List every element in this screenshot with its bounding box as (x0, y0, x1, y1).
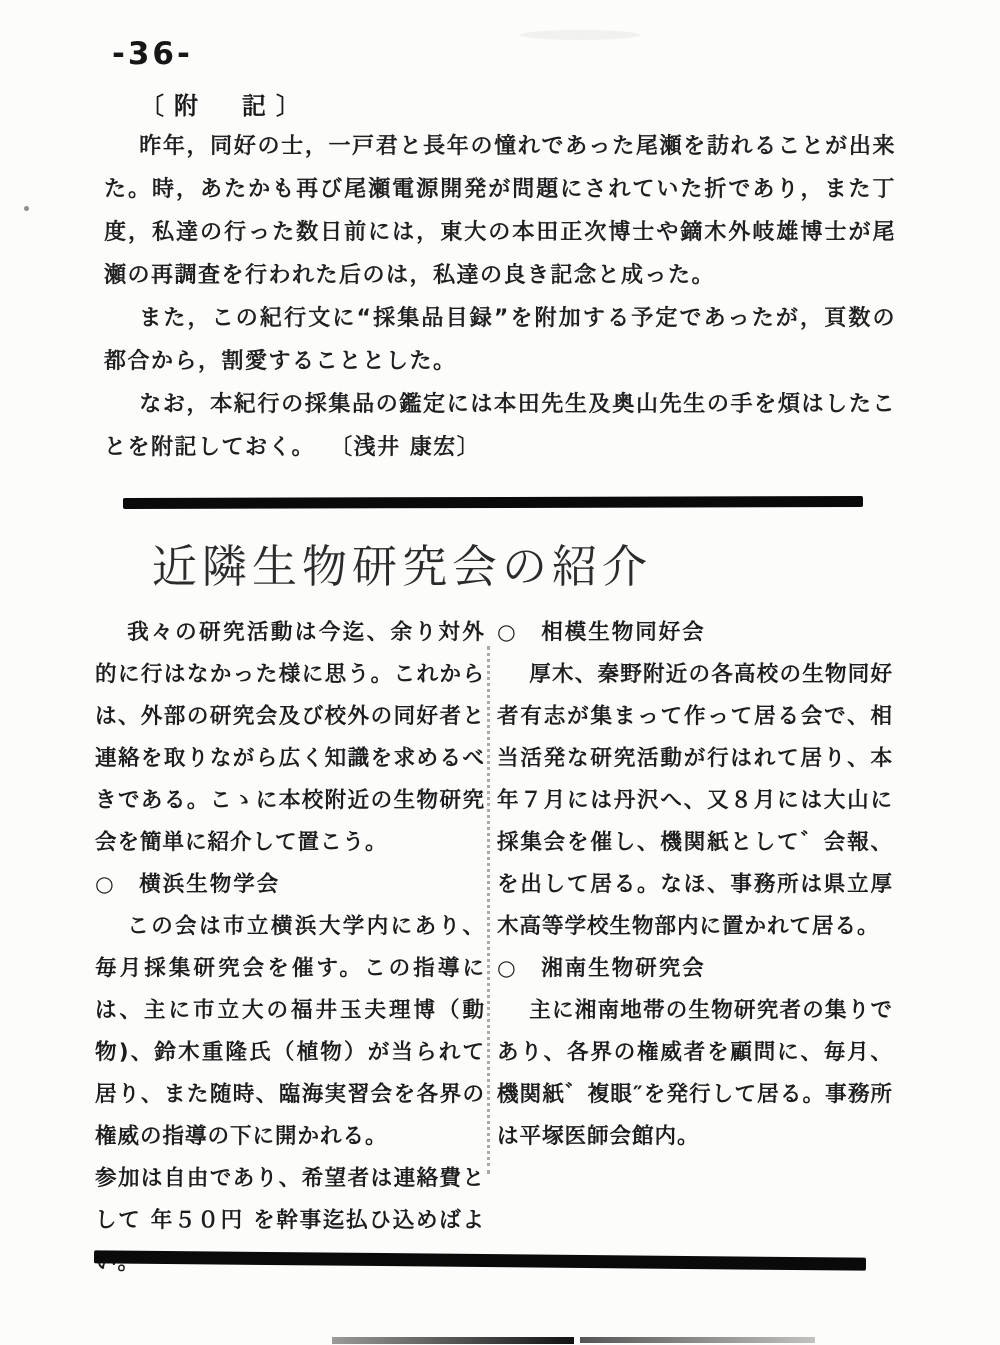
section-heading-yokohama: ○ 横浜生物学会 (95, 864, 485, 906)
intro-paragraph: 我々の研究活動は今迄、余り対外的に行はなかった様に思う。これからは、外部の研究会… (95, 612, 485, 864)
appendix-paragraph: なお，本紀行の採集品の鑑定には本田先生及奥山先生の手を煩はしたことを附記しておく… (104, 383, 896, 469)
section-divider-rule (123, 496, 863, 509)
body-paragraph: この会は市立横浜大学内にあり、毎月採集研究会を催す。この指導には、主に市立大の福… (95, 906, 485, 1158)
scan-smudge (520, 30, 640, 40)
left-column: 我々の研究活動は今迄、余り対外的に行はなかった様に思う。これからは、外部の研究会… (95, 612, 485, 1284)
section-heading-sagami: ○ 相模生物同好会 (497, 612, 893, 654)
section-heading-shonan: ○ 湘南生物研究会 (497, 948, 893, 990)
appendix-paragraph: また，この紀行文に“採集品目録”を附加する予定であったが，頁数の都合から，割愛す… (104, 297, 896, 383)
next-page-scan-edge (332, 1337, 574, 1344)
column-divider (487, 646, 490, 1174)
page-number: -36- (112, 36, 193, 72)
author-signature: 〔浅井 康宏〕 (341, 435, 480, 460)
appendix-section: 〔附 記〕 昨年，同好の士，一戸君と長年の憧れであった尾瀬を訪れることが出来た。… (104, 86, 896, 469)
article-title: 近隣生物研究会の紹介 (152, 530, 652, 595)
scan-speck (24, 206, 29, 211)
next-page-scan-edge (580, 1337, 815, 1343)
right-column: ○ 相模生物同好会 厚木、秦野附近の各高校の生物同好者有志が集まって作って居る会… (497, 612, 893, 1158)
appendix-heading: 〔附 記〕 (140, 86, 896, 121)
body-paragraph: 主に湘南地帯の生物研究者の集りであり、各界の権威者を顧問に、毎月、機関紙゛複眼″… (497, 990, 893, 1158)
appendix-paragraph: 昨年，同好の士，一戸君と長年の憧れであった尾瀬を訪れることが出来た。時，あたかも… (104, 125, 896, 297)
body-paragraph: 厚木、秦野附近の各高校の生物同好者有志が集まって作って居る会で、相当活発な研究活… (497, 654, 893, 948)
scanned-document-page: -36- 〔附 記〕 昨年，同好の士，一戸君と長年の憧れであった尾瀬を訪れること… (0, 0, 1000, 1345)
appendix-paragraph-text: なお，本紀行の採集品の鑑定には本田先生及奥山先生の手を煩はしたことを附記しておく… (104, 392, 896, 460)
